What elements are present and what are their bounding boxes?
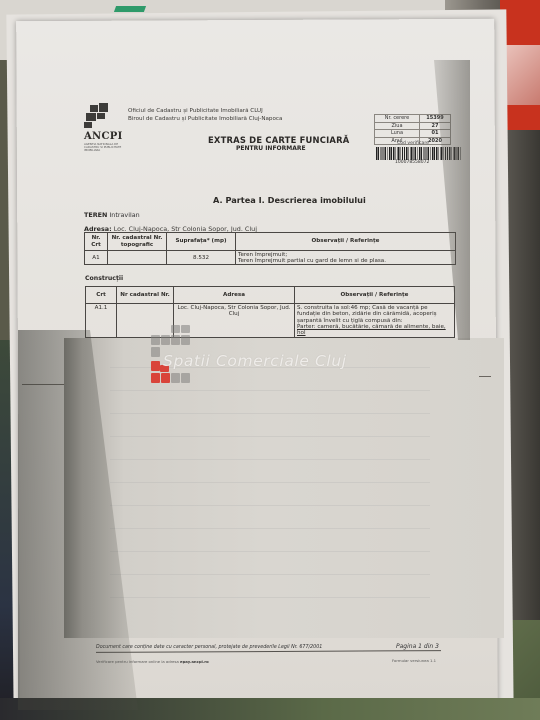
land-type-value: Intravilan: [109, 211, 139, 219]
land-registry-extract: ANCPI AGENTIA NATIONALA DE CADASTRU SI P…: [0, 0, 540, 720]
footer-verification-link: epay.ancpi.ro: [180, 659, 209, 664]
barcode-number: 100078558072: [395, 160, 429, 165]
constructii-label: Construcții: [85, 275, 123, 282]
page-number: Pagina 1 din 3: [396, 643, 439, 650]
watermark-text: Spatii Comerciale Cluj: [163, 352, 347, 370]
registration-row: Luna 01: [375, 130, 451, 138]
office-name: Oficiul de Cadastru și Publicitate Imobi…: [128, 108, 263, 114]
cell-suprafata: 8.532: [167, 251, 236, 265]
header-nr-crt: Nr. Crt: [85, 233, 108, 251]
observatii-line: Teren împrejmuit partial cu gard de lemn…: [238, 258, 453, 264]
land-table: Nr. Crt Nr. cadastral Nr. topografic Sup…: [84, 232, 456, 265]
header-crt: Crt: [86, 287, 117, 304]
registration-row: Ziua 27: [375, 122, 451, 130]
table-row: A1 8.532 Teren împrejmuit; Teren împrejm…: [85, 251, 456, 265]
header-observatii: Observații / Referințe: [295, 287, 455, 304]
footer-divider: [96, 650, 441, 653]
buildings-table-header: Crt Nr cadastral Nr. Adresa Observații /…: [86, 287, 455, 304]
document-title: EXTRAS DE CARTE FUNCIARĂ: [208, 135, 349, 145]
form-version: Formular versiunea 1.1: [392, 658, 436, 663]
land-label: TEREN: [84, 211, 107, 219]
registration-label: Nr. cerere: [375, 115, 420, 123]
cell-nr-crt: A1: [85, 251, 108, 265]
header-adresa: Adresa: [174, 287, 295, 304]
observatii-line: S. construita la sol:46 mp; Casă de vaca…: [297, 305, 452, 324]
logo-text: ANCPI: [84, 131, 123, 142]
verification-code-label: Cod verificare: [397, 141, 429, 146]
document-subtitle: PENTRU INFORMARE: [236, 145, 306, 152]
section-title: A. Partea I. Descrierea imobilului: [213, 195, 366, 205]
header-nr-cadastral: Nr. cadastral Nr. topografic: [108, 233, 167, 251]
header-nr-cadastral: Nr cadastral Nr.: [117, 287, 174, 304]
registration-label: Luna: [375, 130, 420, 138]
logo-subtext: AGENTIA NATIONALA DE CADASTRU SI PUBLICI…: [84, 143, 122, 153]
margin-tick: [479, 376, 491, 377]
cell-observatii: Teren împrejmuit; Teren împrejmuit parti…: [236, 251, 456, 265]
header-suprafata: Suprafața* (mp): [167, 233, 236, 251]
land-type: TEREN Intravilan: [84, 211, 140, 219]
land-table-header: Nr. Crt Nr. cadastral Nr. topografic Sup…: [85, 233, 456, 251]
bureau-name: Biroul de Cadastru și Publicitate Imobil…: [128, 116, 282, 122]
registration-label: Ziua: [375, 122, 420, 130]
header-observatii: Observații / Referințe: [236, 233, 456, 251]
faint-lines: [110, 360, 430, 620]
cell-nr-cadastral: [108, 251, 167, 265]
